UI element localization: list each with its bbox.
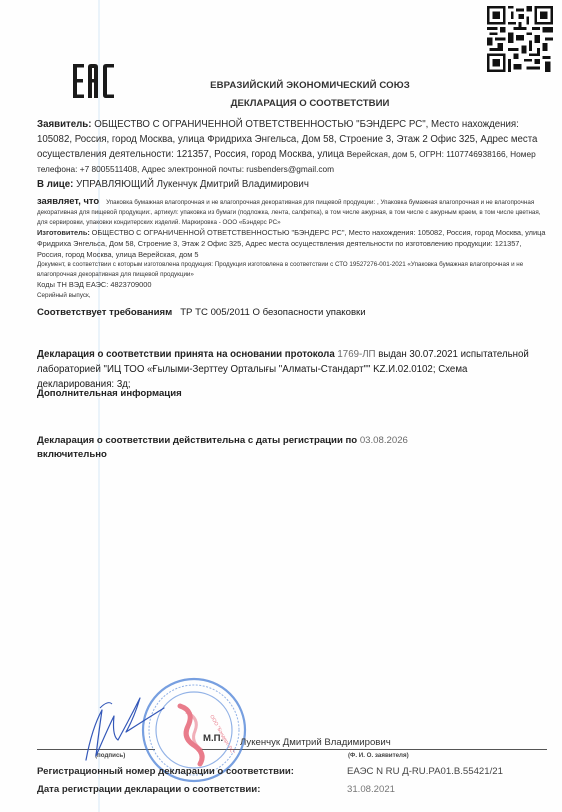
tnved-codes: Коды ТН ВЭД ЕАЭС: 4823709000	[37, 280, 151, 289]
declaration-page: ЕВРАЗИЙСКИЙ ЭКОНОМИЧЕСКИЙ СОЮЗ ДЕКЛАРАЦИ…	[0, 0, 562, 812]
protocol-label: Декларация о соответствии принята на осн…	[37, 349, 335, 360]
product-description: Упаковка бумажная влагопрочная и не влаг…	[37, 199, 541, 226]
serial-release: Серийный выпуск,	[37, 292, 90, 299]
requirements-value: ТР ТС 005/2011 О безопасности упаковки	[180, 307, 365, 318]
validity-date: 03.08.2026	[360, 435, 408, 446]
additional-info-label: Дополнительная информация	[37, 388, 547, 399]
registration-number-value: ЕАЭС N RU Д-RU.PA01.B.55421/21	[347, 766, 503, 777]
signature-icon	[78, 688, 168, 768]
registration-number-label: Регистрационный номер декларации о соотв…	[37, 766, 294, 777]
protocol-number: 1769-ЛП	[337, 349, 375, 360]
validity-label: Декларация о соответствии действительна …	[37, 435, 357, 446]
validity-suffix: включительно	[37, 449, 107, 460]
validity-section: Декларация о соответствии действительна …	[37, 434, 547, 462]
person-label: В лице:	[37, 179, 73, 190]
signer-name: Лукенчук Дмитрий Владимирович	[240, 737, 391, 748]
person-value: УПРАВЛЯЮЩИЙ Лукенчук Дмитрий Владимирови…	[76, 179, 309, 190]
manufacturer-label: Изготовитель:	[37, 228, 90, 237]
document-title: ДЕКЛАРАЦИЯ О СООТВЕТСТВИИ	[0, 98, 562, 109]
signer-caption: (Ф. И. О. заявителя)	[348, 752, 409, 759]
registration-date-value: 31.08.2021	[347, 784, 395, 795]
stamp-label: М.П.	[203, 733, 223, 744]
document-basis: Документ, в соответствии с которым изгот…	[37, 261, 523, 278]
manufacturer-value: ОБЩЕСТВО С ОГРАНИЧЕННОЙ ОТВЕТСТВЕННОСТЬЮ…	[37, 228, 545, 259]
declaration-section: заявляет, что Упаковка бумажная влагопро…	[37, 196, 547, 301]
union-title: ЕВРАЗИЙСКИЙ ЭКОНОМИЧЕСКИЙ СОЮЗ	[0, 80, 562, 91]
qr-code-icon	[487, 6, 553, 72]
requirements-row: Соответствует требованиям ТР ТС 005/2011…	[37, 307, 547, 318]
applicant-section: Заявитель: ОБЩЕСТВО С ОГРАНИЧЕННОЙ ОТВЕТ…	[37, 117, 547, 192]
applicant-label: Заявитель:	[37, 119, 92, 130]
registration-date-label: Дата регистрации декларации о соответств…	[37, 784, 260, 795]
requirements-label: Соответствует требованиям	[37, 307, 172, 318]
declares-label: заявляет, что	[37, 195, 99, 206]
protocol-section: Декларация о соответствии принята на осн…	[37, 347, 547, 392]
name-line	[200, 749, 547, 750]
